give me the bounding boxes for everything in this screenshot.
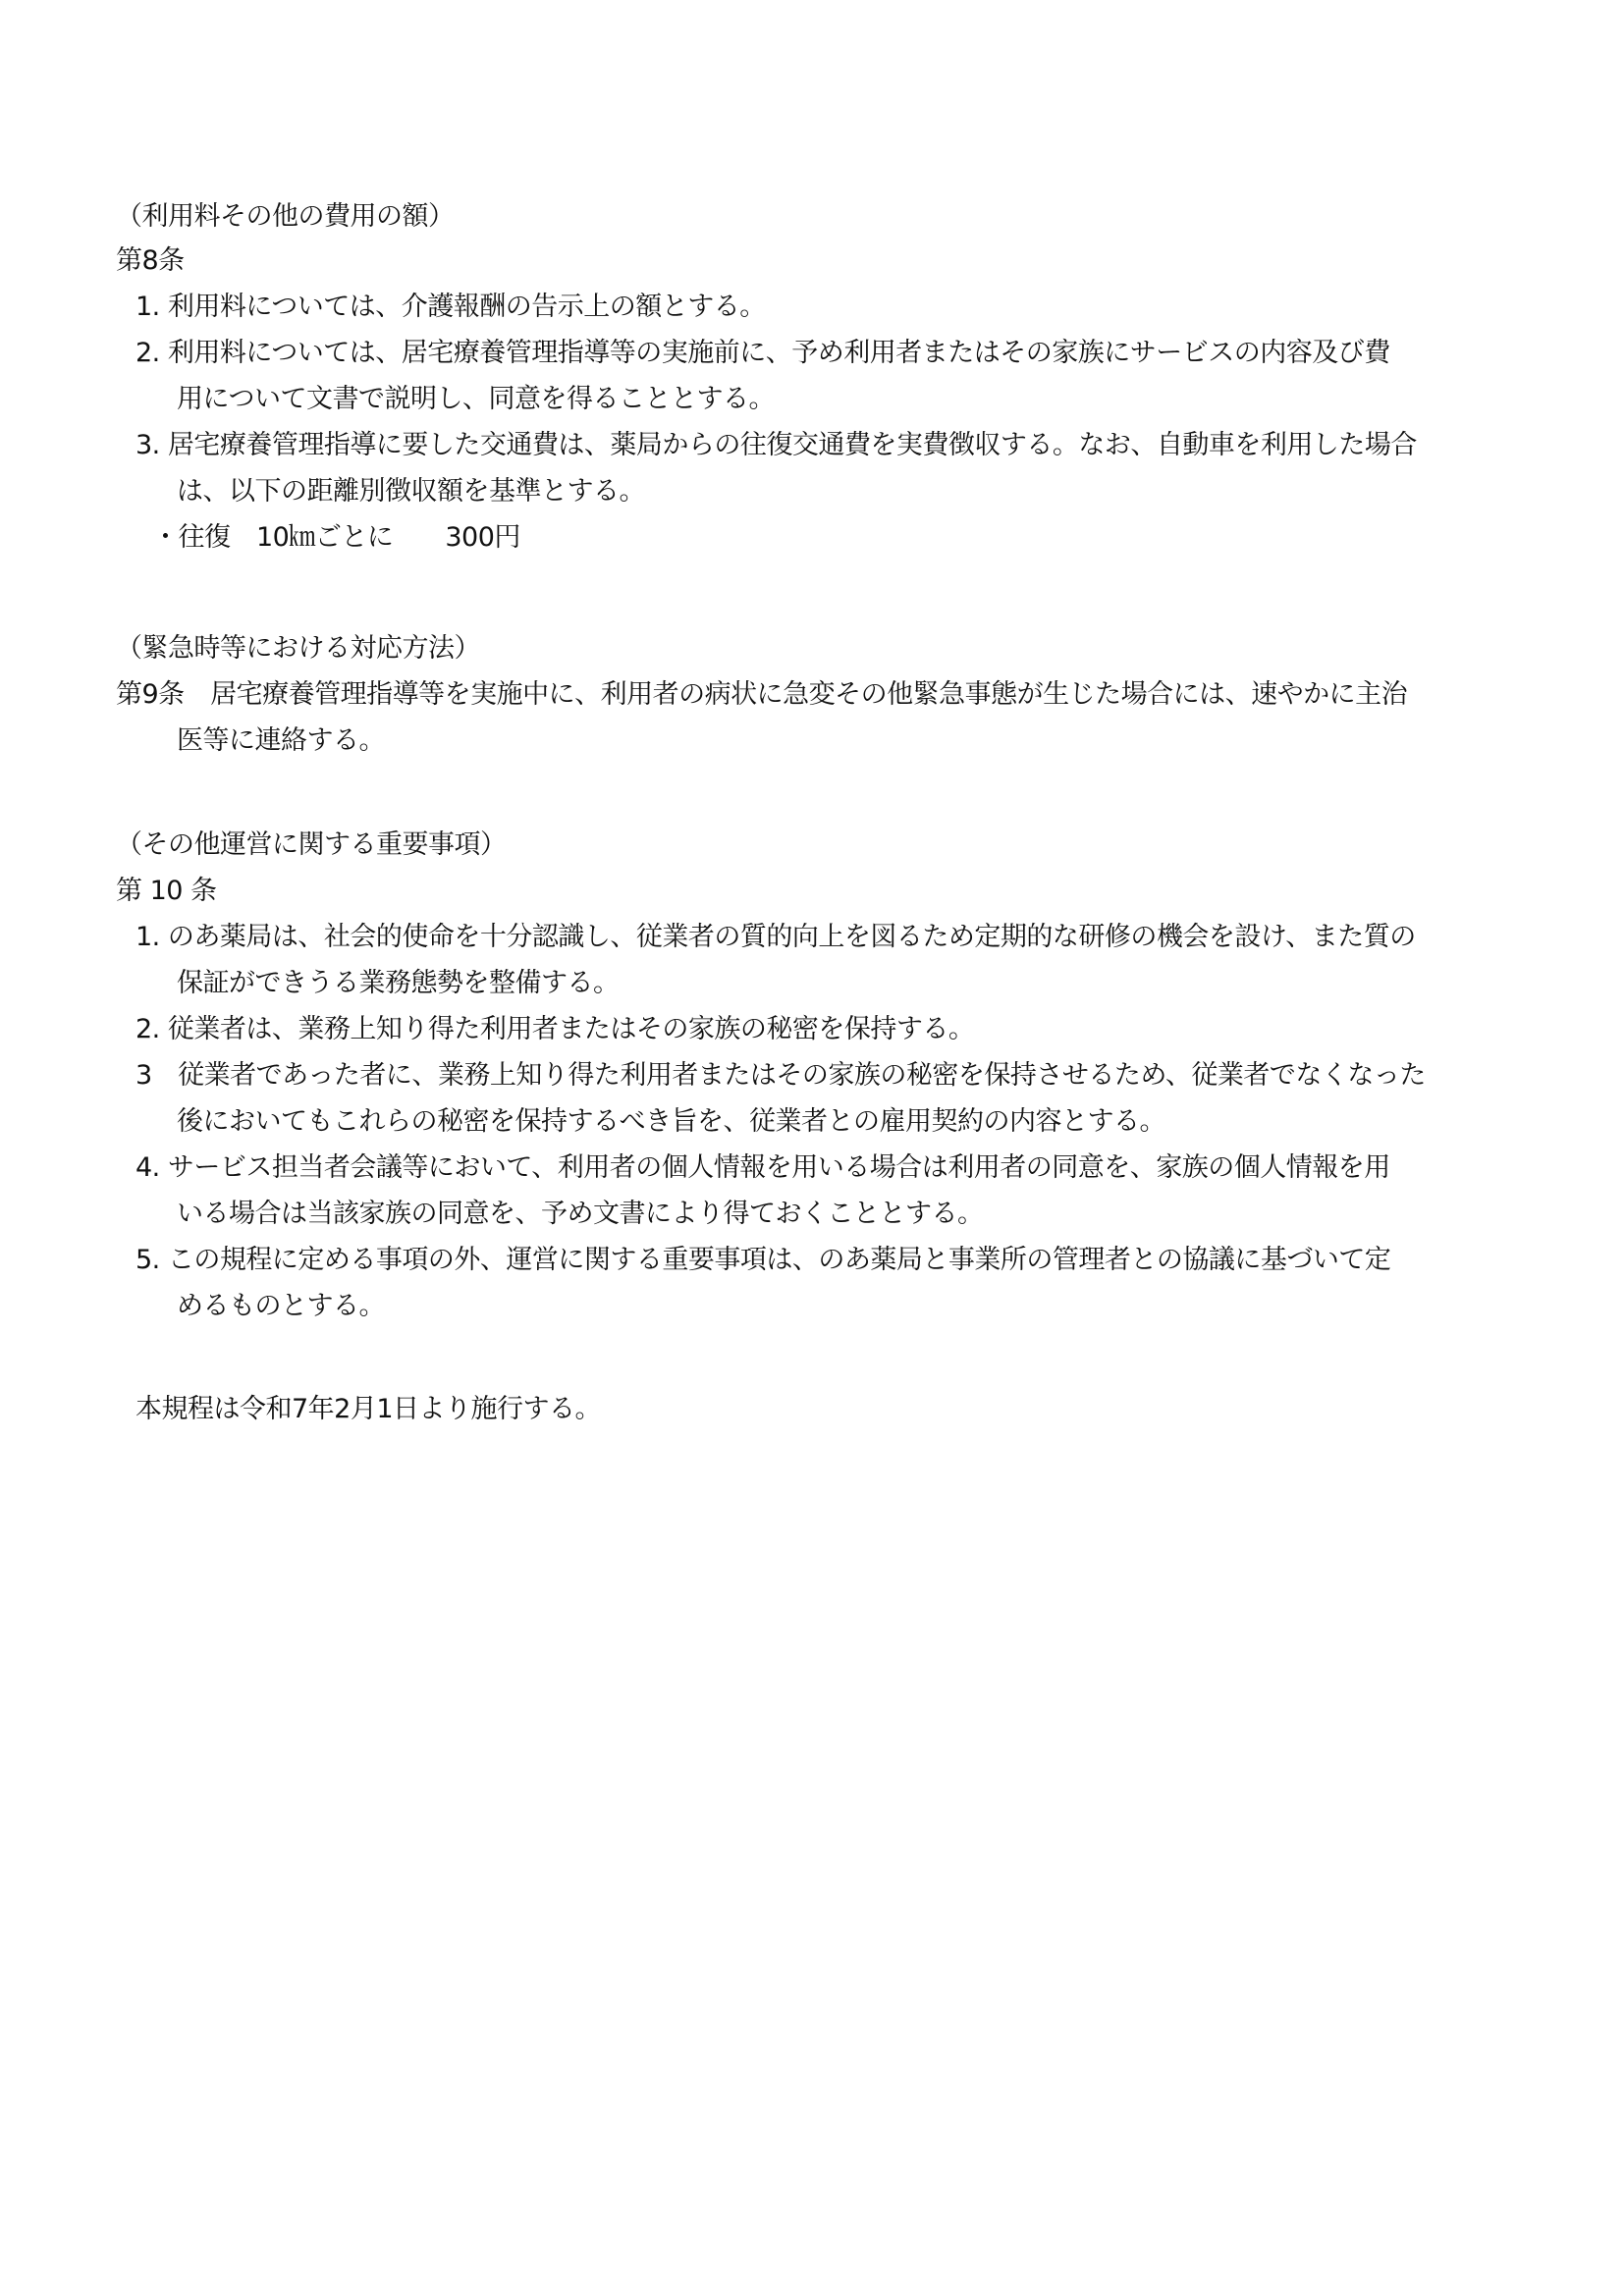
article-9-text: 第9条 居宅療養管理指導等を実施中に、利用者の病状に急変その他緊急事態が生じた場… (116, 672, 1407, 717)
article-10-item-2: 2. 従業者は、業務上知り得た利用者またはその家族の秘密を保持する。 (135, 1007, 974, 1051)
article-10-item-1: 1. のあ薬局は、社会的使命を十分認識し、従業者の質的向上を図るため定期的な研修… (135, 915, 1416, 959)
article-8-item-2-cont: 用について文書で説明し、同意を得ることとする。 (177, 377, 775, 421)
travel-fee-rate: ・往復 10㎞ごとに 300円 (152, 515, 520, 560)
article-10-item-3-cont: 後においてもこれらの秘密を保持するべき旨を、従業者との雇用契約の内容とする。 (177, 1099, 1165, 1144)
article-8-item-3: 3. 居宅療養管理指導に要した交通費は、薬局からの往復交通費を実費徴収する。なお… (135, 423, 1417, 467)
article-9-text-cont: 医等に連絡する。 (177, 719, 385, 763)
article-8-item-3-cont: は、以下の距離別徴収額を基準とする。 (177, 469, 645, 513)
article-8-item-1: 1. 利用料については、介護報酬の告示上の額とする。 (135, 285, 766, 329)
section-heading-fees: （利用料その他の費用の額） (116, 194, 455, 239)
effective-date-statement: 本規程は令和7年2月1日より施行する。 (135, 1387, 601, 1431)
document-page: （利用料その他の費用の額） 第8条 1. 利用料については、介護報酬の告示上の額… (0, 0, 1624, 2296)
article-8-item-2: 2. 利用料については、居宅療養管理指導等の実施前に、予め利用者またはその家族に… (135, 331, 1390, 375)
article-10-item-5: 5. この規程に定める事項の外、運営に関する重要事項は、のあ薬局と事業所の管理者… (135, 1238, 1390, 1282)
article-10-item-4-cont: いる場合は当該家族の同意を、予め文書により得ておくこととする。 (177, 1192, 984, 1236)
article-10-item-4: 4. サービス担当者会議等において、利用者の個人情報を用いる場合は利用者の同意を… (135, 1146, 1390, 1190)
article-10-title: 第 10 条 (116, 869, 217, 913)
article-10-item-3: 3 従業者であった者に、業務上知り得た利用者またはその家族の秘密を保持させるため… (135, 1053, 1426, 1097)
section-heading-emergency: （緊急時等における対応方法） (116, 626, 480, 670)
article-10-item-1-cont: 保証ができうる業務態勢を整備する。 (177, 961, 620, 1005)
section-heading-other: （その他運営に関する重要事項） (116, 823, 507, 867)
article-8-title: 第8条 (116, 239, 185, 283)
article-10-item-5-cont: めるものとする。 (177, 1284, 385, 1328)
